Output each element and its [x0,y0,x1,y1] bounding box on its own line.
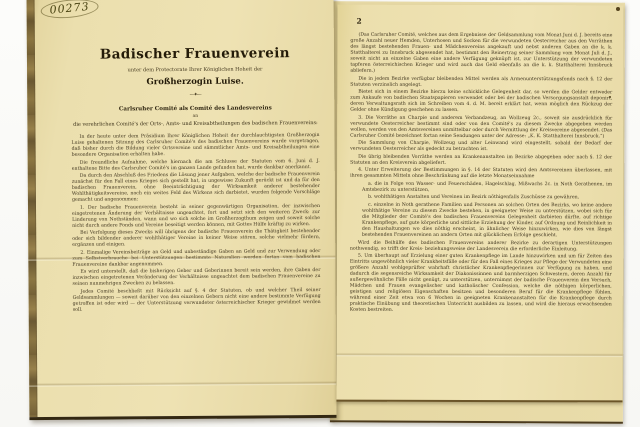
archival-number: 00273 [40,0,99,20]
paragraph: 4. Unter Erweiterung der Bestimmungen in… [350,168,612,181]
paragraph: Es wird unterstellt, daß die bisherigen … [72,268,320,288]
ornament-divider: —✦— [71,91,319,99]
paragraph: Da durch den Abschluß des Friedens die L… [72,172,320,204]
paragraph: Die Sammlung von Charpie, Wollzeug und a… [350,141,612,154]
page-spine-edge [27,0,38,417]
page-1-content: Badischer Frauenverein unter dem Protect… [71,45,321,315]
list-item: b. wohlthätigen Anstalten und Vereinen i… [350,195,612,202]
paragraph: 1. Der badische Frauenverein besteht in … [72,204,320,230]
page-2-content: 2 (Das Carlsruher Comité, welches aus de… [350,17,613,316]
page-2-body: (Das Carlsruher Comité, welches aus dem … [350,33,613,315]
paragraph: Jedes Comité beschließt mit Rücksicht au… [73,288,321,314]
address-line-an: an [71,113,319,120]
paper-speck [616,7,620,11]
paragraph: 5. Um überhaupt auf Erzielung einer gute… [350,254,612,315]
list-item: a. die in Folge von Wasser- und Feuersch… [350,182,612,195]
paragraph: Die in jedem Bezirke verfügbar bleibende… [350,76,612,89]
protectorate-line: unter dem Protectorate Ihrer Königlichen… [71,66,319,74]
page-2: 2 (Das Carlsruher Comité, welches aus de… [336,5,623,403]
paragraph: Bei Verfolgung dieses Zwecks will übrige… [72,229,320,249]
page-1-body: In der heute unter dem Präsidium Ihrer K… [71,133,320,314]
patron-name: Großherzogin Luise. [71,76,319,88]
page-number: 2 [356,17,612,27]
paragraph: (Das Carlsruher Comité, welches aus dem … [350,33,612,76]
paragraph: Wird die Beihülfe des badischen Frauenve… [350,240,612,253]
document-title: Badischer Frauenverein [71,45,319,63]
address-line-recipient: die verehrlichen Comité's der Orts-, Amt… [71,120,319,128]
fold-crease [29,381,336,387]
paragraph: Bietet sich in einem Bezirke hierzu kein… [350,90,612,115]
page-1: 00273 Badischer Frauenverein unter dem P… [27,0,337,420]
paper-speck [609,96,611,98]
paragraph: Die übrig bleibenden Vorräthe werden an … [350,154,612,167]
fold-crease [337,352,623,357]
paragraph: Die freundliche Aufnahme, welche hiernac… [72,159,320,173]
paragraph: In der heute unter dem Präsidium Ihrer K… [71,133,319,159]
address-line-sender: Carlsruher Comité als Comité des Landesv… [71,105,319,113]
paragraph: 3. Die Vorräthe an Charpie und anderem V… [350,115,612,140]
list-item: c. einzelne in Noth gerathene Familien u… [350,203,612,240]
